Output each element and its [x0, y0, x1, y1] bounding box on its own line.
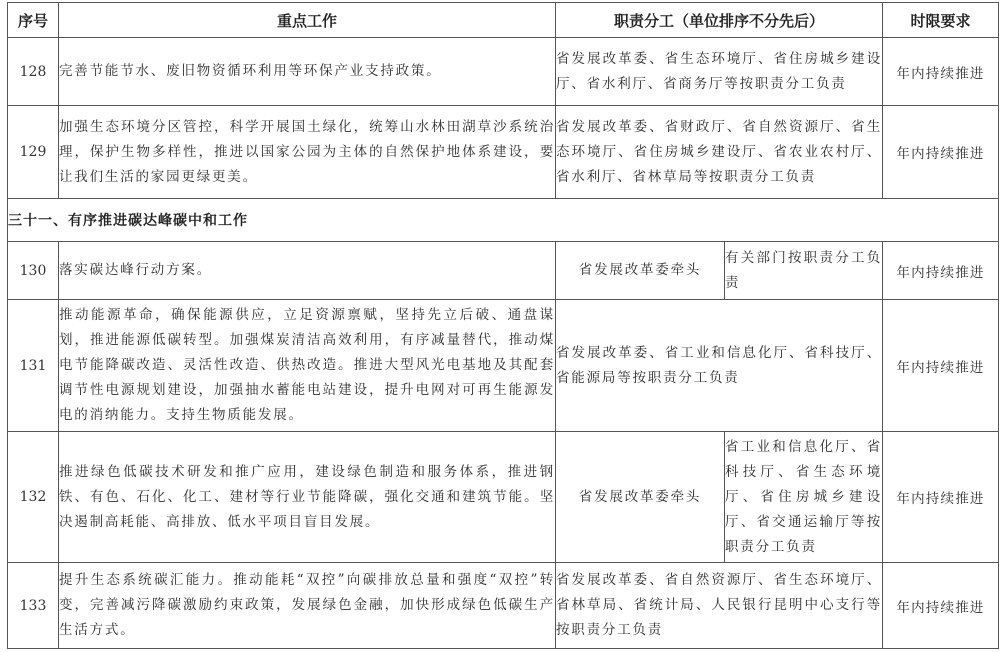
- row-index: 129: [8, 106, 59, 199]
- row-responsibility: 省发展改革委、省财政厅、省自然资源厅、省生态环境厅、省住房城乡建设厅、省农业农村…: [556, 106, 883, 199]
- section-heading-row: 三十一、有序推进碳达峰碳中和工作: [8, 199, 999, 242]
- row-index: 133: [8, 563, 59, 649]
- section-title: 三十一、有序推进碳达峰碳中和工作: [8, 199, 999, 242]
- row-index: 130: [8, 242, 59, 300]
- key-work-table: 序号 重点工作 职责分工（单位排序不分先后） 时限要求 128 完善节能节水、废…: [7, 2, 999, 649]
- table-row: 128 完善节能节水、废旧物资循环利用等环保产业支持政策。 省发展改革委、省生态…: [8, 38, 999, 106]
- row-index: 132: [8, 432, 59, 563]
- row-deadline: 年内持续推进: [883, 106, 999, 199]
- row-task: 推进绿色低碳技术研发和推广应用，建设绿色制造和服务体系，推进钢铁、有色、石化、化…: [59, 432, 556, 563]
- row-deadline: 年内持续推进: [883, 563, 999, 649]
- table-row: 129 加强生态环境分区管控，科学开展国土绿化，统筹山水林田湖草沙系统治理，保护…: [8, 106, 999, 199]
- row-support-units: 有关部门按职责分工负责: [725, 242, 883, 300]
- row-responsibility: 省发展改革委、省工业和信息化厅、省科技厅、省能源局等按职责分工负责: [556, 300, 883, 432]
- row-responsibility: 省发展改革委、省生态环境厅、省住房城乡建设厅、省水利厅、省商务厅等按职责分工负责: [556, 38, 883, 106]
- row-task: 完善节能节水、废旧物资循环利用等环保产业支持政策。: [59, 38, 556, 106]
- row-lead-unit: 省发展改革委牵头: [556, 432, 725, 563]
- row-task: 提升生态系统碳汇能力。推动能耗“双控”向碳排放总量和强度“双控”转变，完善减污降…: [59, 563, 556, 649]
- table-header-row: 序号 重点工作 职责分工（单位排序不分先后） 时限要求: [8, 3, 999, 38]
- table-row: 132 推进绿色低碳技术研发和推广应用，建设绿色制造和服务体系，推进钢铁、有色、…: [8, 432, 999, 563]
- row-deadline: 年内持续推进: [883, 38, 999, 106]
- row-index: 128: [8, 38, 59, 106]
- header-responsibility: 职责分工（单位排序不分先后）: [556, 3, 883, 38]
- row-index: 131: [8, 300, 59, 432]
- header-task: 重点工作: [59, 3, 556, 38]
- row-support-units: 省工业和信息化厅、省科技厅、省生态环境厅、省住房城乡建设厅、省交通运输厅等按职责…: [725, 432, 883, 563]
- row-lead-unit: 省发展改革委牵头: [556, 242, 725, 300]
- row-task: 推动能源革命，确保能源供应，立足资源禀赋，坚持先立后破、通盘谋划，推进能源低碳转…: [59, 300, 556, 432]
- header-index: 序号: [8, 3, 59, 38]
- table-row: 131 推动能源革命，确保能源供应，立足资源禀赋，坚持先立后破、通盘谋划，推进能…: [8, 300, 999, 432]
- header-deadline: 时限要求: [883, 3, 999, 38]
- row-deadline: 年内持续推进: [883, 242, 999, 300]
- row-responsibility: 省发展改革委、省自然资源厅、省生态环境厅、省林草局、省统计局、人民银行昆明中心支…: [556, 563, 883, 649]
- row-task: 落实碳达峰行动方案。: [59, 242, 556, 300]
- row-task: 加强生态环境分区管控，科学开展国土绿化，统筹山水林田湖草沙系统治理，保护生物多样…: [59, 106, 556, 199]
- table-row: 133 提升生态系统碳汇能力。推动能耗“双控”向碳排放总量和强度“双控”转变，完…: [8, 563, 999, 649]
- row-deadline: 年内持续推进: [883, 300, 999, 432]
- row-deadline: 年内持续推进: [883, 432, 999, 563]
- table-row: 130 落实碳达峰行动方案。 省发展改革委牵头 有关部门按职责分工负责 年内持续…: [8, 242, 999, 300]
